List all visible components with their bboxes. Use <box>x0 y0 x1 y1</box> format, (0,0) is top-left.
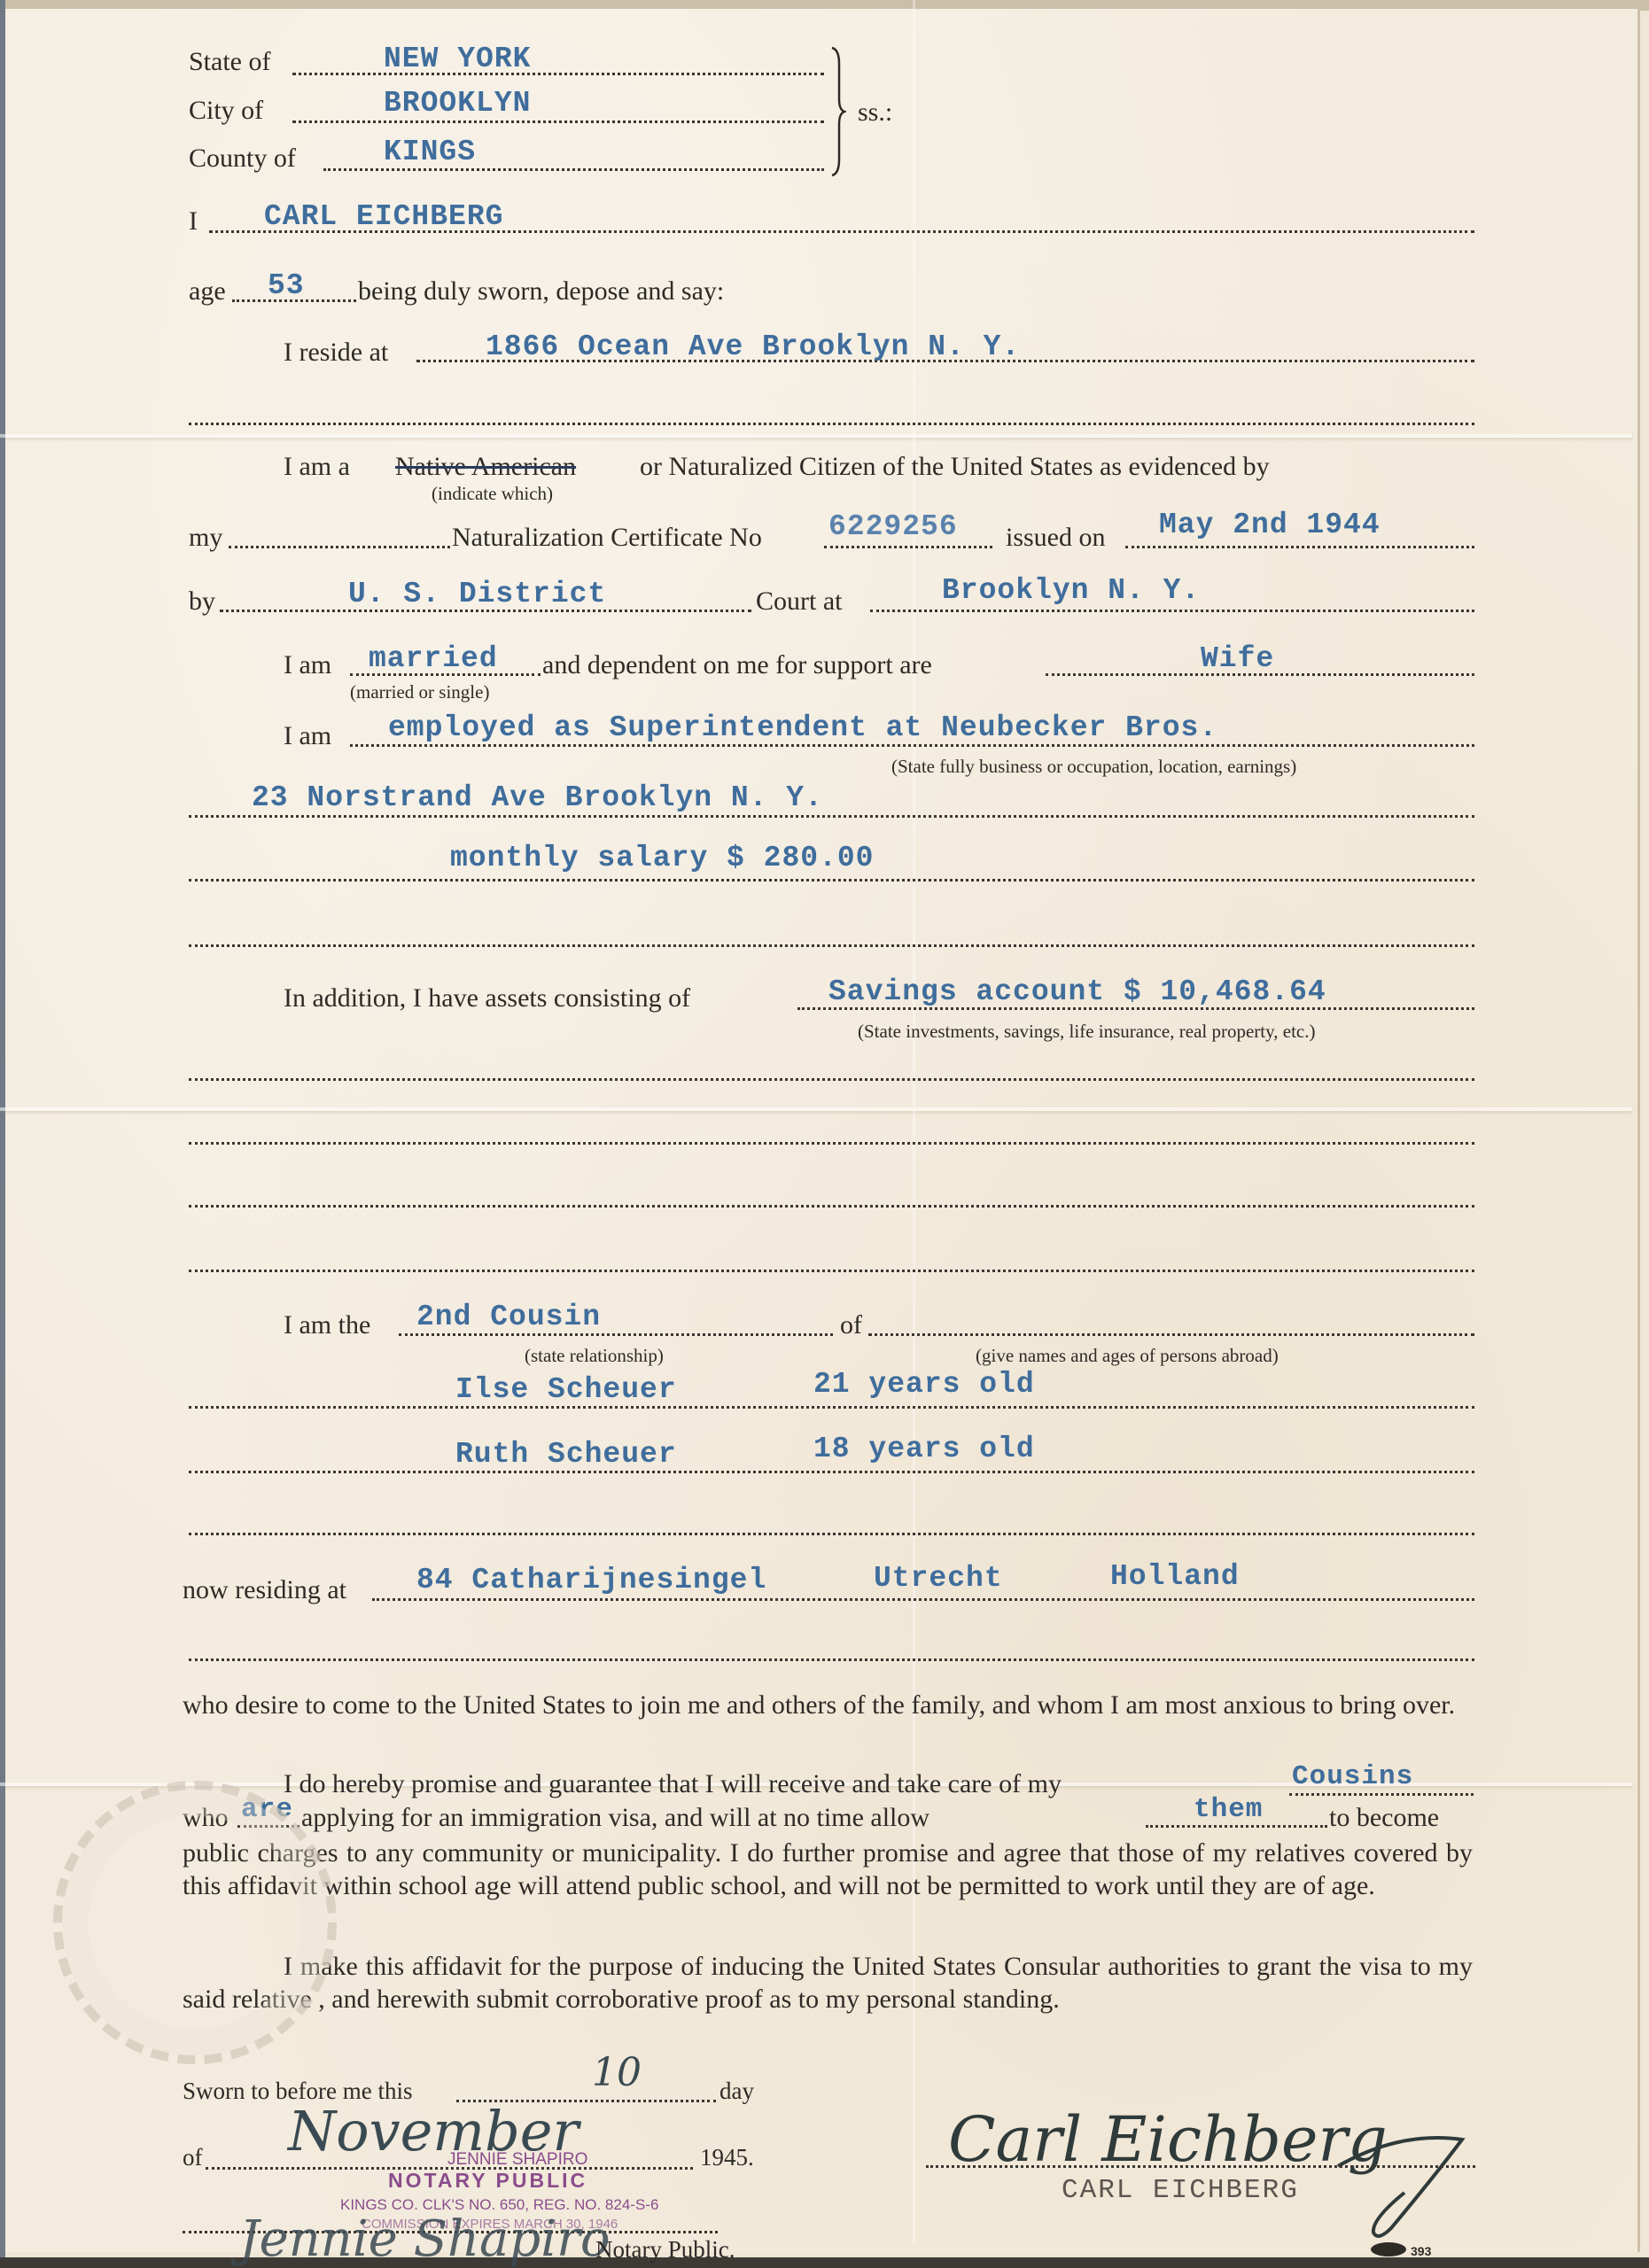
city-value: BROOKLYN <box>384 89 531 118</box>
employment-i-am-label: I am <box>284 723 331 750</box>
relationship-value: 2nd Cousin <box>416 1302 601 1332</box>
county-line <box>323 168 824 171</box>
issued-line <box>1125 546 1474 548</box>
employment-value-2: 23 Norstrand Ave Brooklyn N. Y. <box>252 783 823 812</box>
stamp-notary-title: NOTARY PUBLIC <box>388 2171 587 2191</box>
relationship-label: I am the <box>284 1312 370 1339</box>
residing-city: Utrecht <box>874 1564 1003 1593</box>
address-value: 1866 Ocean Ave Brooklyn N. Y. <box>486 332 1020 361</box>
my-label: my <box>189 524 222 551</box>
assets-line-2 <box>189 1078 1474 1081</box>
signature-flourish-icon <box>1329 2122 1489 2246</box>
stamp-notary-name: JENNIE SHAPIRO <box>447 2151 587 2168</box>
sworn-text: being duly sworn, depose and say: <box>358 278 724 305</box>
employment-line-3 <box>189 879 1474 882</box>
residing-line-2 <box>189 1658 1474 1661</box>
notary-public-label: Notary Public. <box>595 2238 735 2262</box>
relationship-hint: (state relationship) <box>525 1347 664 1365</box>
ss-label: ss.: <box>858 99 892 126</box>
residing-line <box>372 1598 1474 1601</box>
notary-signature-handwritten: Jennie Shapiro <box>239 2215 611 2264</box>
deponent-signature-line <box>926 2165 1475 2168</box>
persons-line <box>868 1333 1474 1336</box>
employment-hint: (State fully business or occupation, loc… <box>891 757 1296 776</box>
marital-hint: (married or single) <box>350 683 489 702</box>
dependents-value: Wife <box>1201 644 1274 673</box>
person-line-2 <box>189 1471 1474 1473</box>
reside-line-2 <box>189 423 1474 425</box>
deponent-typed-name: CARL EICHBERG <box>1062 2175 1299 2206</box>
promise-text-3: to become <box>1329 1805 1439 1831</box>
persons-hint: (give names and ages of persons abroad) <box>976 1347 1279 1365</box>
paper-fold <box>0 434 1632 438</box>
employment-line-1 <box>350 744 1474 747</box>
employment-value-1: employed as Superintendent at Neubecker … <box>388 713 1217 742</box>
employment-line-4 <box>189 944 1474 947</box>
year-value: 1945. <box>700 2146 754 2170</box>
my-line <box>229 546 450 548</box>
person-line-1 <box>189 1406 1474 1409</box>
assets-line-4 <box>189 1205 1474 1208</box>
residing-label: now residing at <box>183 1577 346 1604</box>
day-value-handwritten: 10 <box>592 2054 642 2093</box>
assets-label: In addition, I have assets consisting of <box>284 985 690 1012</box>
of-label: of <box>840 1312 862 1339</box>
citizen-rest: or Naturalized Citizen of the United Sta… <box>640 454 1270 480</box>
dependent-text: and dependent on me for support are <box>542 652 932 679</box>
assets-line-5 <box>189 1270 1474 1272</box>
promise-paragraph-rest: public charges to any community or munic… <box>183 1837 1473 1902</box>
person-2-name: Ruth Scheuer <box>455 1440 677 1469</box>
relationship-line <box>399 1333 833 1336</box>
deponent-signature-handwritten: Carl Eichberg <box>948 2109 1388 2171</box>
embossed-notary-seal <box>53 1781 337 2064</box>
promise-fill-line-3 <box>1146 1825 1327 1828</box>
marital-status: married <box>369 644 498 673</box>
union-label-icon <box>1369 2241 1408 2257</box>
court-location-line <box>870 610 1474 612</box>
cert-line <box>824 546 992 548</box>
assets-line-3 <box>189 1142 1474 1145</box>
assets-value: Savings account $ 10,468.64 <box>828 977 1326 1006</box>
residing-street: 84 Catharijnesingel <box>416 1565 766 1595</box>
promise-fill-line-1 <box>1289 1793 1474 1796</box>
court-location: Brooklyn N. Y. <box>942 576 1200 605</box>
indicate-hint: (indicate which) <box>432 485 553 503</box>
county-label: County of <box>189 145 296 172</box>
brace-icon <box>828 46 846 177</box>
court-value: U. S. District <box>348 579 606 609</box>
by-label: by <box>189 588 215 615</box>
assets-hint: (State investments, savings, life insura… <box>858 1022 1315 1041</box>
of-month-label: of <box>183 2146 203 2170</box>
person-2-age: 18 years old <box>813 1434 1035 1464</box>
i-am-label: I am <box>284 652 331 679</box>
promise-fill-cousins: Cousins <box>1292 1763 1413 1790</box>
issued-label: issued on <box>1006 524 1106 551</box>
person-1-name: Ilse Scheuer <box>455 1375 677 1404</box>
struck-native-american: Native American <box>395 454 576 480</box>
employment-value-3: monthly salary $ 280.00 <box>450 843 874 873</box>
person-line-3 <box>189 1533 1474 1535</box>
age-label: age <box>189 278 226 305</box>
person-1-age: 21 years old <box>813 1370 1035 1399</box>
desire-paragraph: who desire to come to the United States … <box>183 1689 1473 1721</box>
i-label: I <box>189 208 198 235</box>
county-value: KINGS <box>384 137 476 167</box>
age-value: 53 <box>268 271 305 300</box>
court-at-label: Court at <box>756 588 843 615</box>
state-label: State of <box>189 49 270 75</box>
paper-fold <box>0 1107 1632 1111</box>
promise-fill-them: them <box>1194 1796 1263 1823</box>
cert-label: Naturalization Certificate No <box>452 524 762 551</box>
print-mark-number: 393 <box>1411 2244 1431 2258</box>
state-value: NEW YORK <box>384 44 531 74</box>
residing-country: Holland <box>1110 1562 1240 1591</box>
employment-line-2 <box>189 815 1474 818</box>
city-label: City of <box>189 97 263 124</box>
deponent-name: CARL EICHBERG <box>264 202 503 231</box>
citizen-prefix: I am a <box>284 454 350 480</box>
day-label: day <box>719 2079 754 2103</box>
promise-text-1: I do hereby promise and guarantee that I… <box>284 1771 1062 1798</box>
issued-date: May 2nd 1944 <box>1159 510 1381 540</box>
state-line <box>292 73 824 75</box>
promise-text-2: applying for an immigration visa, and wi… <box>301 1805 930 1831</box>
city-line <box>292 120 824 123</box>
cert-number: 6229256 <box>828 512 958 541</box>
purpose-paragraph: I make this affidavit for the purpose of… <box>183 1950 1473 2016</box>
reside-label: I reside at <box>284 339 388 366</box>
